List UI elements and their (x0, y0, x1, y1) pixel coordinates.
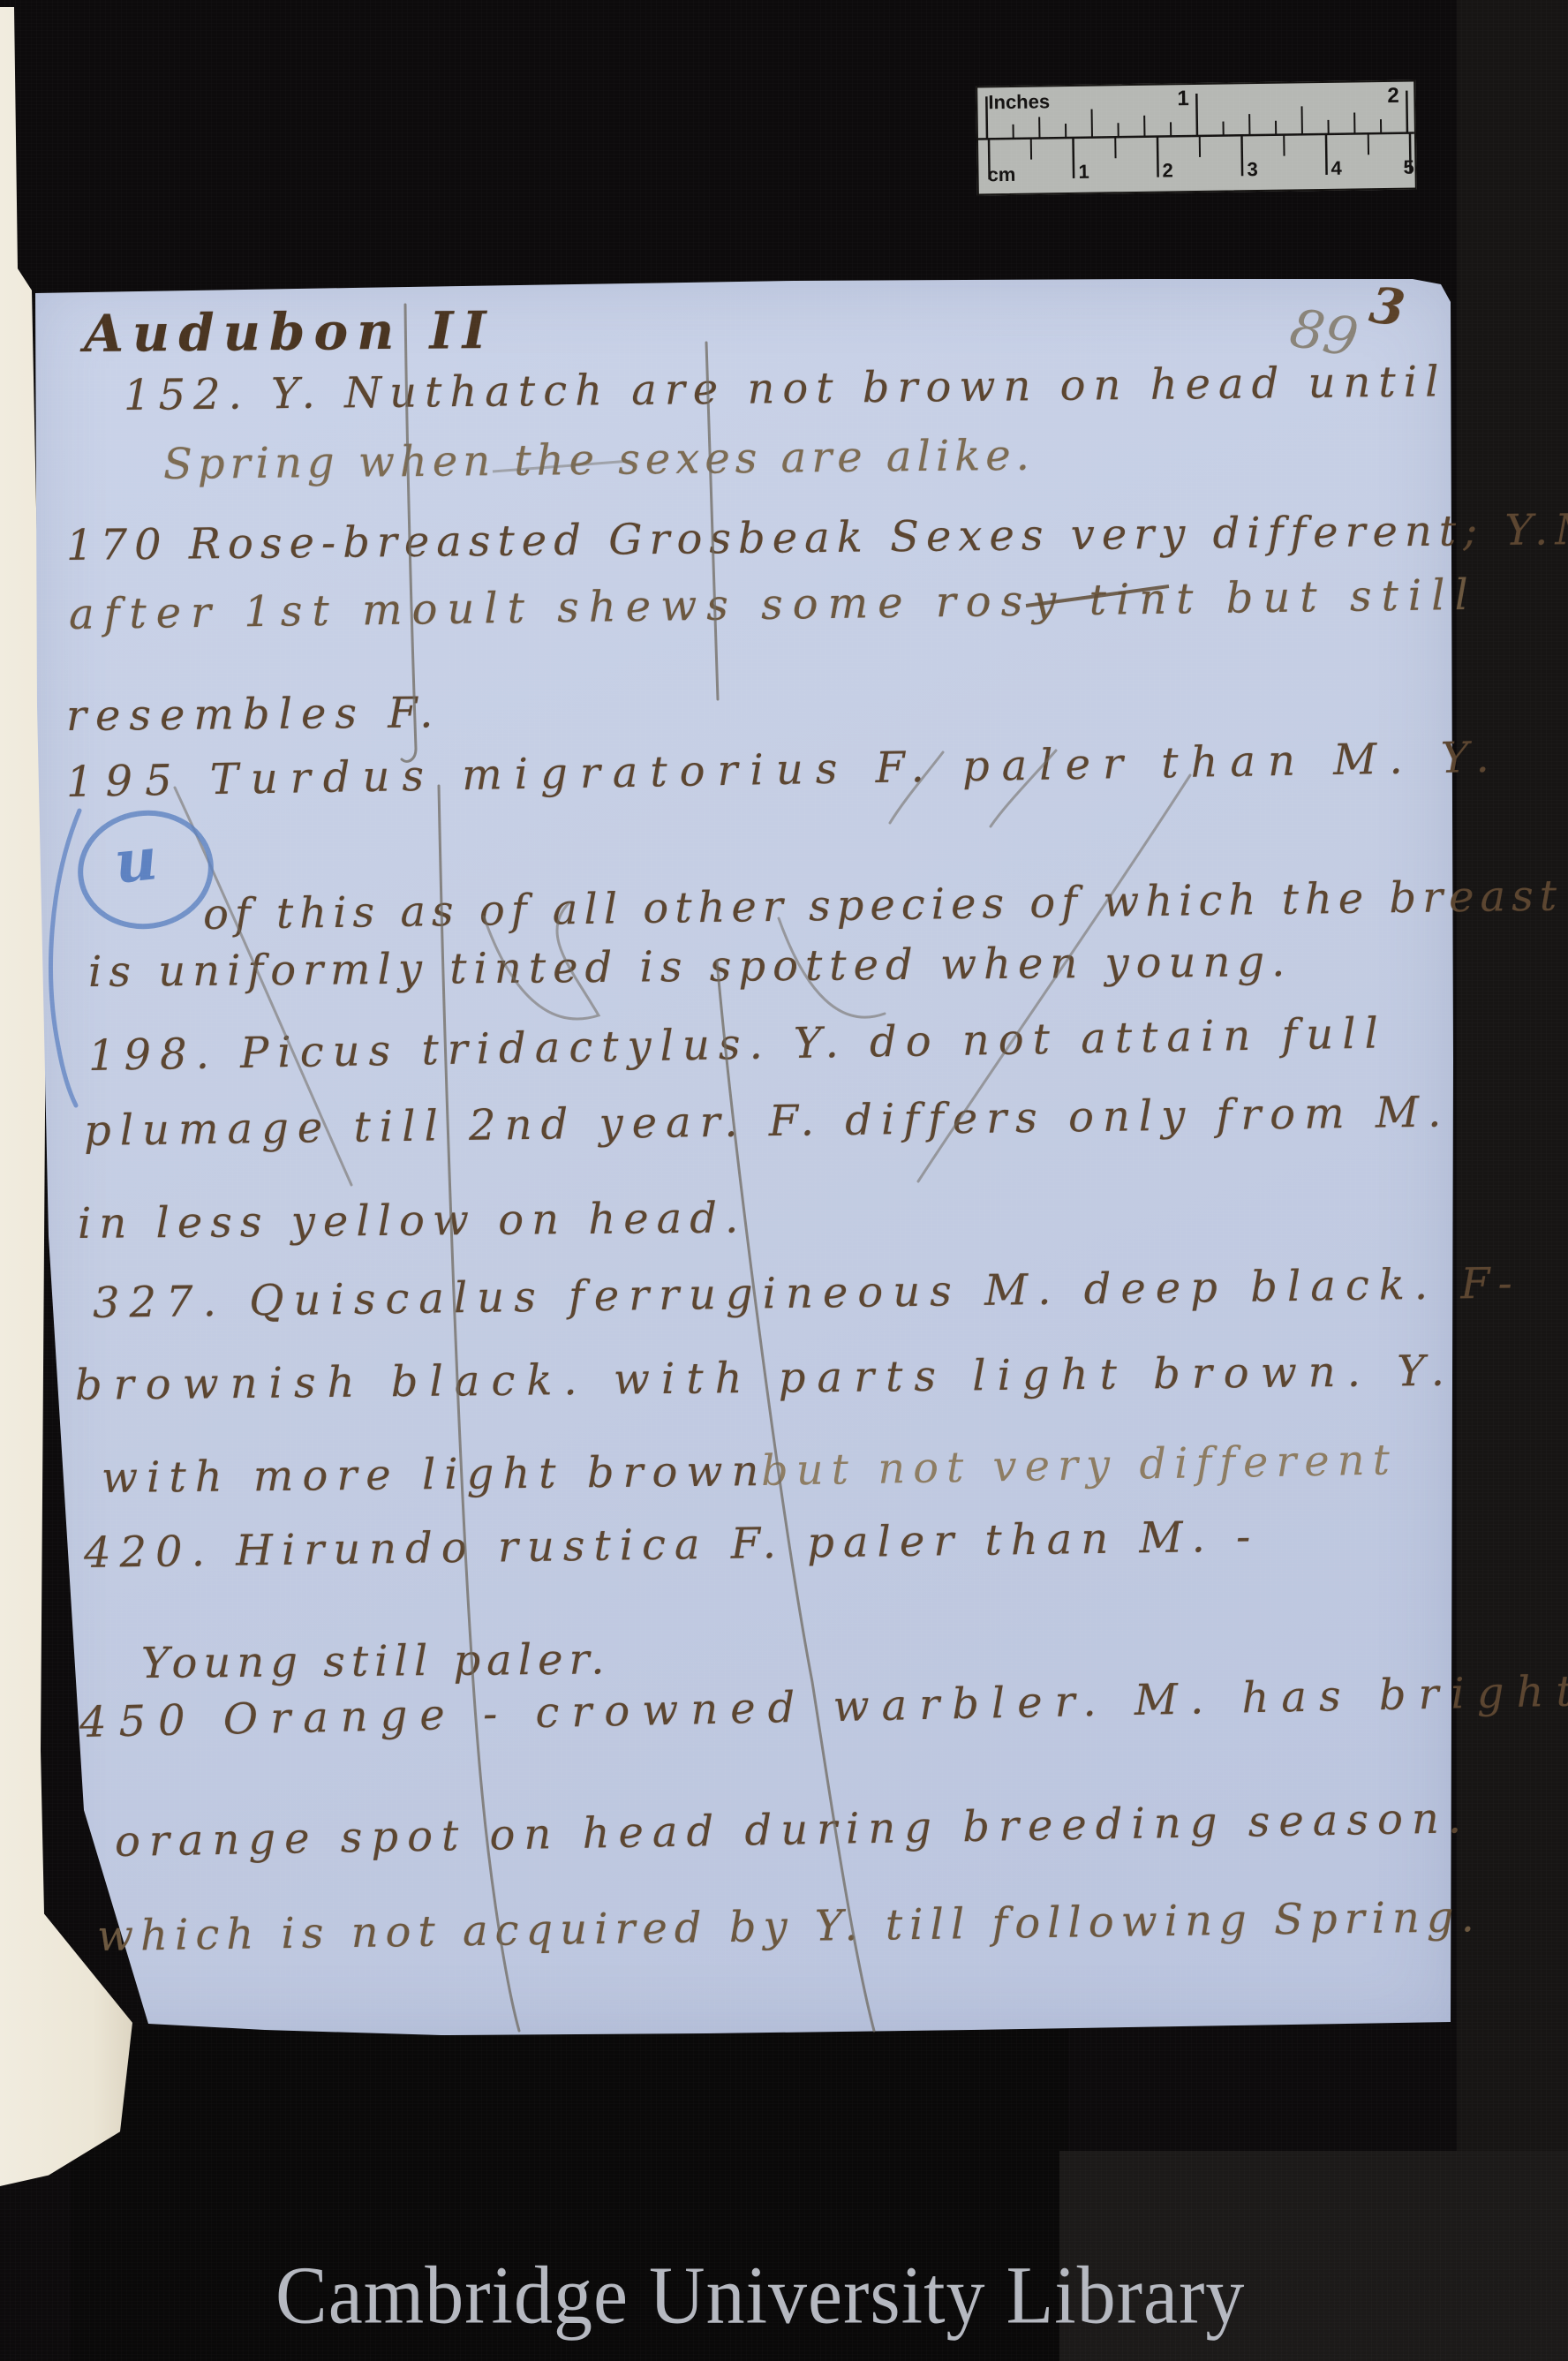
library-watermark: Cambridge University Library (275, 2249, 1245, 2343)
backdrop-cloth-right (1457, 0, 1568, 2361)
ruler-cm-5: 5 (1403, 156, 1414, 179)
ruler-cm-3: 3 (1247, 158, 1258, 181)
ruler-cm-1: 1 (1078, 161, 1089, 184)
measuring-ruler: Inches 1 2 cm 1 2 3 4 5 (976, 80, 1417, 196)
ruler-inches-label: Inches (988, 90, 1050, 114)
ruler-inch-2: 2 (1387, 84, 1399, 109)
ruler-cm-2: 2 (1162, 159, 1173, 182)
manuscript-heading: Audubon II (84, 300, 495, 364)
manuscript-line: in less yellow on head. (78, 1193, 747, 1248)
manuscript-line: Spring when the sexes are alike. (163, 431, 1035, 489)
ruler-inch-1: 1 (1177, 87, 1189, 111)
manuscript-line: is uniformly tinted is spotted when youn… (88, 937, 1293, 997)
margin-mark-letter: u (111, 824, 161, 897)
ruler-cm-label: cm (987, 163, 1015, 186)
ruler-cm-4: 4 (1331, 157, 1342, 180)
manuscript-line: with more light brown (102, 1446, 768, 1503)
manuscript-line: resembles F. (66, 688, 442, 741)
manuscript-line: Young still paler. (141, 1634, 611, 1688)
photographed-manuscript-page: Inches 1 2 cm 1 2 3 4 5 89 3 Audubon II … (0, 0, 1568, 2361)
